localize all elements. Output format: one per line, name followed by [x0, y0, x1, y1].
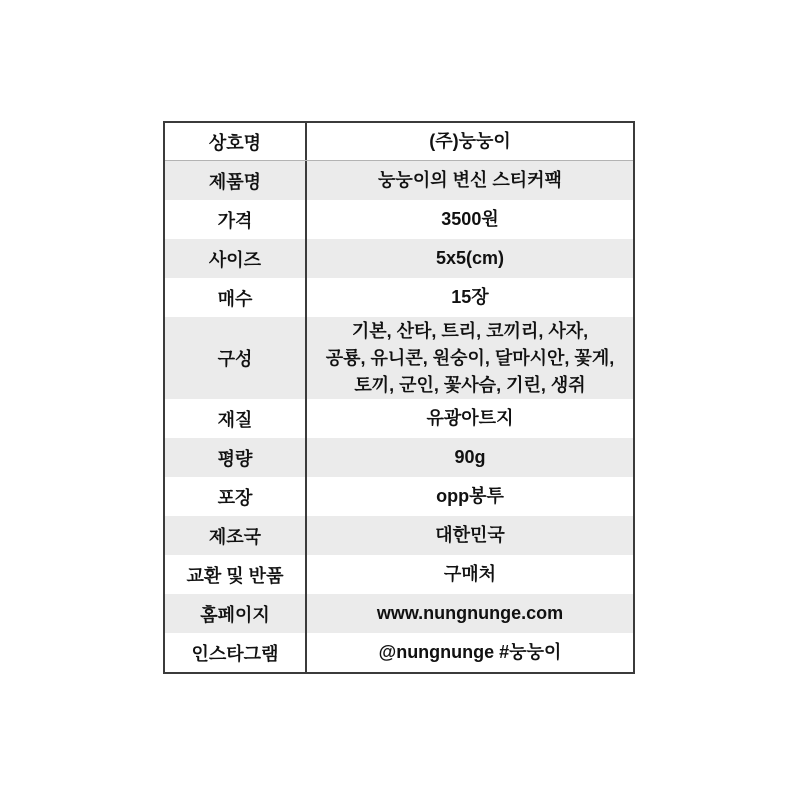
- row-value: 3500원: [307, 200, 633, 239]
- row-label: 매수: [165, 278, 307, 317]
- product-info-table: 상호명 (주)눙눙이 제품명 눙눙이의 변신 스티커팩 가격 3500원 사이즈…: [163, 121, 635, 674]
- table-row: 교환 및 반품 구매처: [165, 555, 633, 594]
- row-label: 구성: [165, 317, 307, 399]
- row-value: www.nungnunge.com: [307, 594, 633, 633]
- table-row: 제품명 눙눙이의 변신 스티커팩: [165, 161, 633, 200]
- row-label: 가격: [165, 200, 307, 239]
- table-row: 포장 opp봉투: [165, 477, 633, 516]
- row-label: 인스타그램: [165, 633, 307, 672]
- row-label: 제품명: [165, 161, 307, 200]
- row-value: 유광아트지: [307, 399, 633, 438]
- row-label: 홈페이지: [165, 594, 307, 633]
- row-label: 사이즈: [165, 239, 307, 278]
- table-row: 상호명 (주)눙눙이: [165, 123, 633, 161]
- row-value: 15장: [307, 278, 633, 317]
- row-label: 포장: [165, 477, 307, 516]
- table-row: 가격 3500원: [165, 200, 633, 239]
- row-label: 평량: [165, 438, 307, 477]
- table-row: 인스타그램 @nungnunge #눙눙이: [165, 633, 633, 672]
- table-row: 재질 유광아트지: [165, 399, 633, 438]
- table-row: 사이즈 5x5(cm): [165, 239, 633, 278]
- row-value: 5x5(cm): [307, 239, 633, 278]
- table-row: 제조국 대한민국: [165, 516, 633, 555]
- row-label: 상호명: [165, 123, 307, 160]
- row-label: 제조국: [165, 516, 307, 555]
- row-value: 90g: [307, 438, 633, 477]
- table-row: 평량 90g: [165, 438, 633, 477]
- table-row: 매수 15장: [165, 278, 633, 317]
- row-value: 기본, 산타, 트리, 코끼리, 사자, 공룡, 유니콘, 원숭이, 달마시안,…: [307, 317, 633, 399]
- row-value: 눙눙이의 변신 스티커팩: [307, 161, 633, 200]
- row-label: 재질: [165, 399, 307, 438]
- row-value: 구매처: [307, 555, 633, 594]
- row-value: @nungnunge #눙눙이: [307, 633, 633, 672]
- row-value: opp봉투: [307, 477, 633, 516]
- row-label: 교환 및 반품: [165, 555, 307, 594]
- row-value: 대한민국: [307, 516, 633, 555]
- row-value: (주)눙눙이: [307, 123, 633, 160]
- table-row: 홈페이지 www.nungnunge.com: [165, 594, 633, 633]
- table-row: 구성 기본, 산타, 트리, 코끼리, 사자, 공룡, 유니콘, 원숭이, 달마…: [165, 317, 633, 399]
